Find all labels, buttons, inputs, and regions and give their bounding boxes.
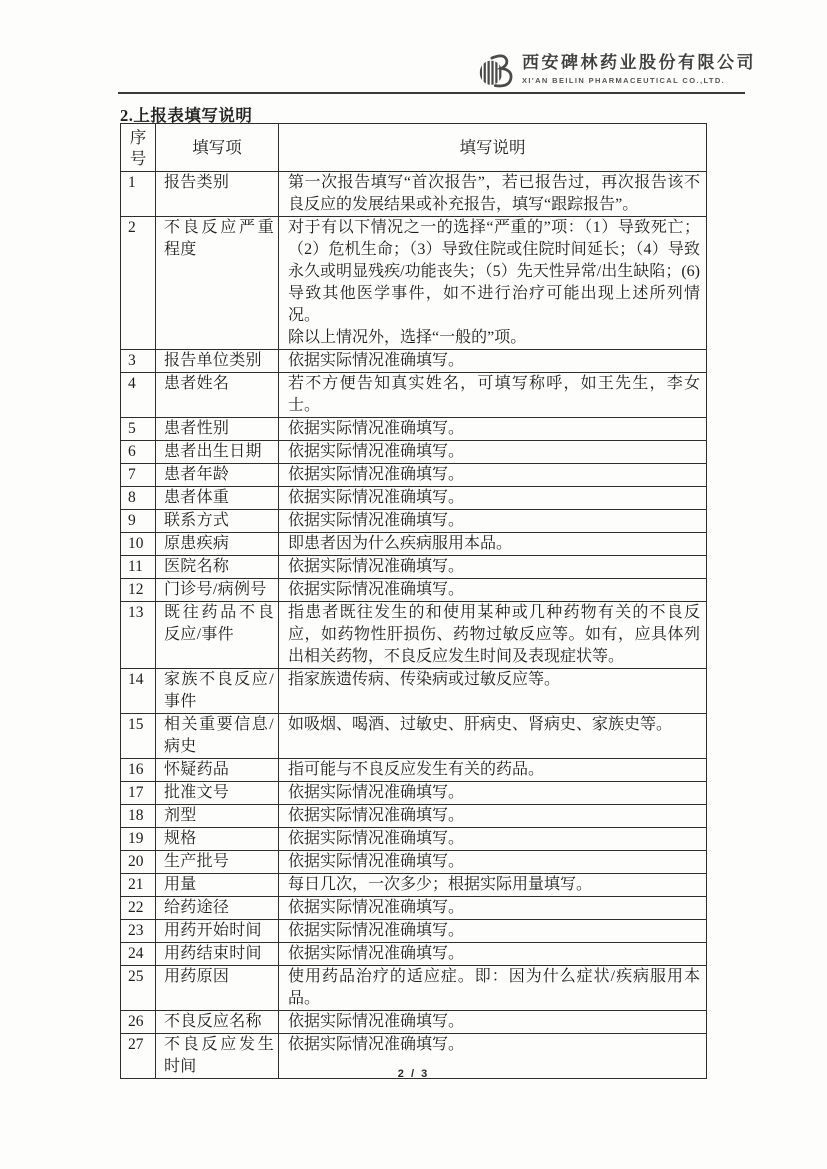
table-row: 7患者年龄依据实际情况准确填写。	[121, 464, 707, 487]
cell-no: 1	[121, 172, 156, 217]
cell-no: 5	[121, 418, 156, 441]
cell-no: 4	[121, 373, 156, 418]
header-cell-desc: 填写说明	[279, 124, 707, 172]
table-row: 9联系方式依据实际情况准确填写。	[121, 510, 707, 533]
table-row: 12门诊号/病例号依据实际情况准确填写。	[121, 579, 707, 602]
table-row: 16怀疑药品指可能与不良反应发生有关的药品。	[121, 759, 707, 782]
table-row: 4患者姓名若不方便告知真实姓名，可填写称呼，如王先生，李女士。	[121, 373, 707, 418]
cell-item: 原患疾病	[156, 533, 279, 556]
company-name-en: XI'AN BEILIN PHARMACEUTICAL CO.,LTD.	[522, 76, 756, 85]
table-row: 6患者出生日期依据实际情况准确填写。	[121, 441, 707, 464]
cell-no: 12	[121, 579, 156, 602]
cell-no: 14	[121, 669, 156, 714]
cell-no: 10	[121, 533, 156, 556]
cell-item: 用药结束时间	[156, 943, 279, 966]
cell-no: 13	[121, 602, 156, 669]
cell-item: 用量	[156, 874, 279, 897]
table-row: 11医院名称依据实际情况准确填写。	[121, 556, 707, 579]
cell-item: 报告单位类别	[156, 350, 279, 373]
cell-item: 联系方式	[156, 510, 279, 533]
cell-item: 怀疑药品	[156, 759, 279, 782]
table-row: 8患者体重依据实际情况准确填写。	[121, 487, 707, 510]
cell-no: 6	[121, 441, 156, 464]
cell-item: 报告类别	[156, 172, 279, 217]
cell-desc: 依据实际情况准确填写。	[279, 782, 707, 805]
cell-no: 23	[121, 920, 156, 943]
document-page: 西安碑林药业股份有限公司 XI'AN BEILIN PHARMACEUTICAL…	[0, 0, 827, 1169]
cell-no: 3	[121, 350, 156, 373]
table-header-row: 序号 填写项 填写说明	[121, 124, 707, 172]
cell-no: 25	[121, 966, 156, 1011]
cell-item: 给药途径	[156, 897, 279, 920]
cell-no: 24	[121, 943, 156, 966]
header-cell-item: 填写项	[156, 124, 279, 172]
table-row: 14家族不良反应/事件指家族遗传病、传染病或过敏反应等。	[121, 669, 707, 714]
page-number: 2 / 3	[0, 1068, 827, 1080]
cell-desc: 即患者因为什么疾病服用本品。	[279, 533, 707, 556]
cell-desc: 依据实际情况准确填写。	[279, 464, 707, 487]
cell-desc: 若不方便告知真实姓名，可填写称呼，如王先生，李女士。	[279, 373, 707, 418]
cell-item: 批准文号	[156, 782, 279, 805]
cell-item: 患者出生日期	[156, 441, 279, 464]
cell-desc: 依据实际情况准确填写。	[279, 487, 707, 510]
cell-desc: 对于有以下情况之一的选择“严重的”项：（1）导致死亡；（2）危机生命；（3）导致…	[279, 217, 707, 350]
cell-desc: 依据实际情况准确填写。	[279, 1011, 707, 1034]
cell-desc: 依据实际情况准确填写。	[279, 897, 707, 920]
table-row: 10原患疾病即患者因为什么疾病服用本品。	[121, 533, 707, 556]
cell-desc: 每日几次，一次多少；根据实际用量填写。	[279, 874, 707, 897]
cell-item: 患者性别	[156, 418, 279, 441]
table-row: 2不良反应严重程度对于有以下情况之一的选择“严重的”项：（1）导致死亡；（2）危…	[121, 217, 707, 350]
cell-desc: 指可能与不良反应发生有关的药品。	[279, 759, 707, 782]
cell-item: 家族不良反应/事件	[156, 669, 279, 714]
cell-desc: 依据实际情况准确填写。	[279, 920, 707, 943]
cell-desc: 依据实际情况准确填写。	[279, 350, 707, 373]
cell-no: 15	[121, 714, 156, 759]
cell-desc: 使用药品治疗的适应症。即：因为什么症状/疾病服用本品。	[279, 966, 707, 1011]
cell-desc: 如吸烟、喝酒、过敏史、肝病史、肾病史、家族史等。	[279, 714, 707, 759]
cell-desc: 指家族遗传病、传染病或过敏反应等。	[279, 669, 707, 714]
cell-desc: 依据实际情况准确填写。	[279, 828, 707, 851]
cell-desc: 依据实际情况准确填写。	[279, 441, 707, 464]
cell-item: 患者体重	[156, 487, 279, 510]
table-row: 24用药结束时间依据实际情况准确填写。	[121, 943, 707, 966]
cell-desc: 依据实际情况准确填写。	[279, 851, 707, 874]
cell-no: 9	[121, 510, 156, 533]
company-names: 西安碑林药业股份有限公司 XI'AN BEILIN PHARMACEUTICAL…	[522, 52, 756, 85]
table-row: 3报告单位类别依据实际情况准确填写。	[121, 350, 707, 373]
cell-item: 规格	[156, 828, 279, 851]
cell-item: 既往药品不良反应/事件	[156, 602, 279, 669]
cell-desc: 依据实际情况准确填写。	[279, 805, 707, 828]
cell-no: 8	[121, 487, 156, 510]
company-header: 西安碑林药业股份有限公司 XI'AN BEILIN PHARMACEUTICAL…	[478, 52, 744, 90]
table-row: 20生产批号依据实际情况准确填写。	[121, 851, 707, 874]
cell-item: 医院名称	[156, 556, 279, 579]
cell-no: 19	[121, 828, 156, 851]
cell-no: 18	[121, 805, 156, 828]
cell-desc: 依据实际情况准确填写。	[279, 556, 707, 579]
table-body: 1报告类别第一次报告填写“首次报告”，若已报告过，再次报告该不良反应的发展结果或…	[121, 172, 707, 1079]
cell-item: 生产批号	[156, 851, 279, 874]
cell-item: 用药开始时间	[156, 920, 279, 943]
table-row: 15相关重要信息/病史如吸烟、喝酒、过敏史、肝病史、肾病史、家族史等。	[121, 714, 707, 759]
cell-no: 16	[121, 759, 156, 782]
cell-desc: 依据实际情况准确填写。	[279, 579, 707, 602]
fill-instructions-table: 序号 填写项 填写说明 1报告类别第一次报告填写“首次报告”，若已报告过，再次报…	[120, 123, 707, 1079]
cell-item: 剂型	[156, 805, 279, 828]
table-row: 18剂型依据实际情况准确填写。	[121, 805, 707, 828]
cell-item: 患者姓名	[156, 373, 279, 418]
cell-desc: 依据实际情况准确填写。	[279, 943, 707, 966]
cell-no: 2	[121, 217, 156, 350]
table-row: 5患者性别依据实际情况准确填写。	[121, 418, 707, 441]
cell-no: 21	[121, 874, 156, 897]
cell-item: 相关重要信息/病史	[156, 714, 279, 759]
cell-desc: 指患者既往发生的和使用某种或几种药物有关的不良反应，如药物性肝损伤、药物过敏反应…	[279, 602, 707, 669]
cell-item: 门诊号/病例号	[156, 579, 279, 602]
header-cell-no: 序号	[121, 124, 156, 172]
table-row: 26不良反应名称依据实际情况准确填写。	[121, 1011, 707, 1034]
cell-no: 22	[121, 897, 156, 920]
company-name-cn: 西安碑林药业股份有限公司	[522, 52, 756, 74]
cell-desc: 依据实际情况准确填写。	[279, 510, 707, 533]
cell-no: 26	[121, 1011, 156, 1034]
cell-item: 患者年龄	[156, 464, 279, 487]
table-row: 17批准文号依据实际情况准确填写。	[121, 782, 707, 805]
cell-no: 20	[121, 851, 156, 874]
table-header: 序号 填写项 填写说明	[121, 124, 707, 172]
table-row: 1报告类别第一次报告填写“首次报告”，若已报告过，再次报告该不良反应的发展结果或…	[121, 172, 707, 217]
table-row: 25用药原因使用药品治疗的适应症。即：因为什么症状/疾病服用本品。	[121, 966, 707, 1011]
cell-item: 用药原因	[156, 966, 279, 1011]
table-row: 23用药开始时间依据实际情况准确填写。	[121, 920, 707, 943]
cell-item: 不良反应严重程度	[156, 217, 279, 350]
header-divider	[118, 92, 745, 94]
table-row: 13既往药品不良反应/事件指患者既往发生的和使用某种或几种药物有关的不良反应，如…	[121, 602, 707, 669]
cell-no: 17	[121, 782, 156, 805]
cell-item: 不良反应名称	[156, 1011, 279, 1034]
cell-desc: 依据实际情况准确填写。	[279, 418, 707, 441]
table-row: 19规格依据实际情况准确填写。	[121, 828, 707, 851]
cell-desc: 第一次报告填写“首次报告”，若已报告过，再次报告该不良反应的发展结果或补充报告，…	[279, 172, 707, 217]
company-logo-icon	[478, 52, 516, 90]
table-row: 22给药途径依据实际情况准确填写。	[121, 897, 707, 920]
cell-no: 7	[121, 464, 156, 487]
table-row: 21用量每日几次，一次多少；根据实际用量填写。	[121, 874, 707, 897]
cell-no: 11	[121, 556, 156, 579]
